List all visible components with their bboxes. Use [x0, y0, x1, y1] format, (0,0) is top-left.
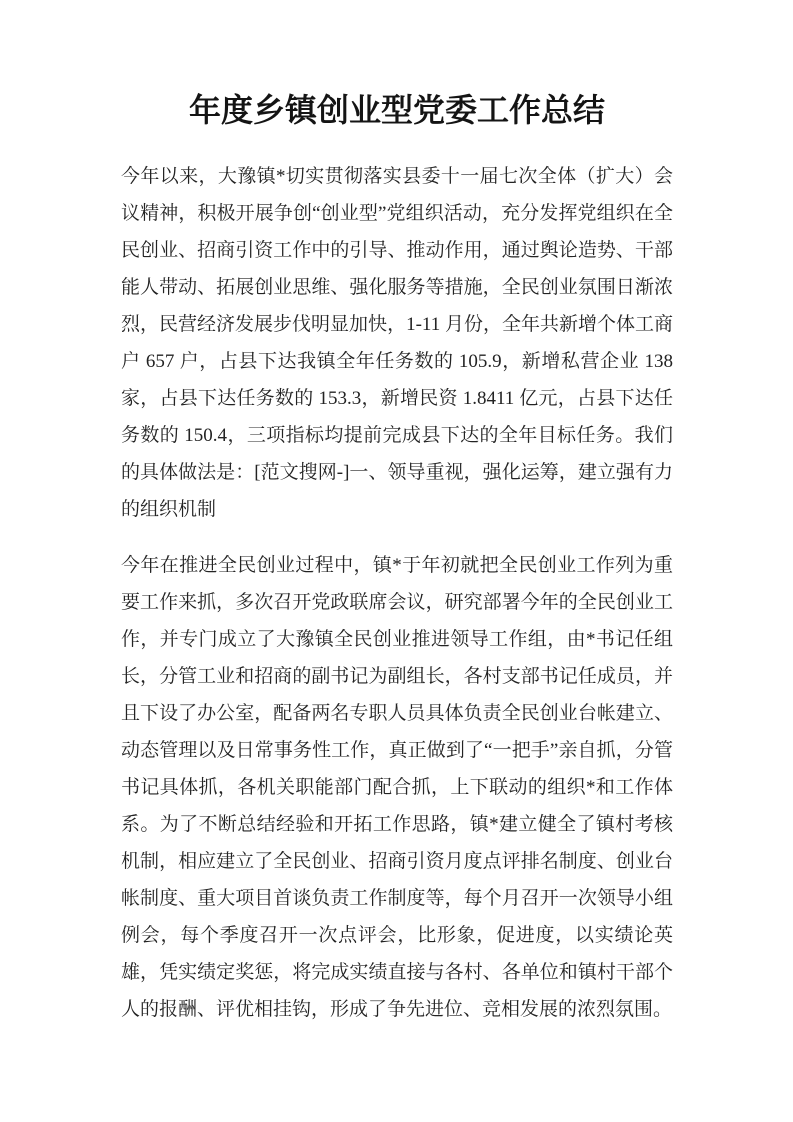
- document-paragraph-2: 今年在推进全民创业过程中，镇*于年初就把全民创业工作列为重要工作来抓，多次召开党…: [121, 547, 673, 1028]
- document-page: 年度乡镇创业型党委工作总结 今年以来，大豫镇*切实贯彻落实县委十一届七次全体（扩…: [0, 0, 793, 1122]
- document-title: 年度乡镇创业型党委工作总结: [121, 90, 673, 130]
- document-paragraph-1: 今年以来，大豫镇*切实贯彻落实县委十一届七次全体（扩大）会议精神，积极开展争创“…: [121, 158, 673, 528]
